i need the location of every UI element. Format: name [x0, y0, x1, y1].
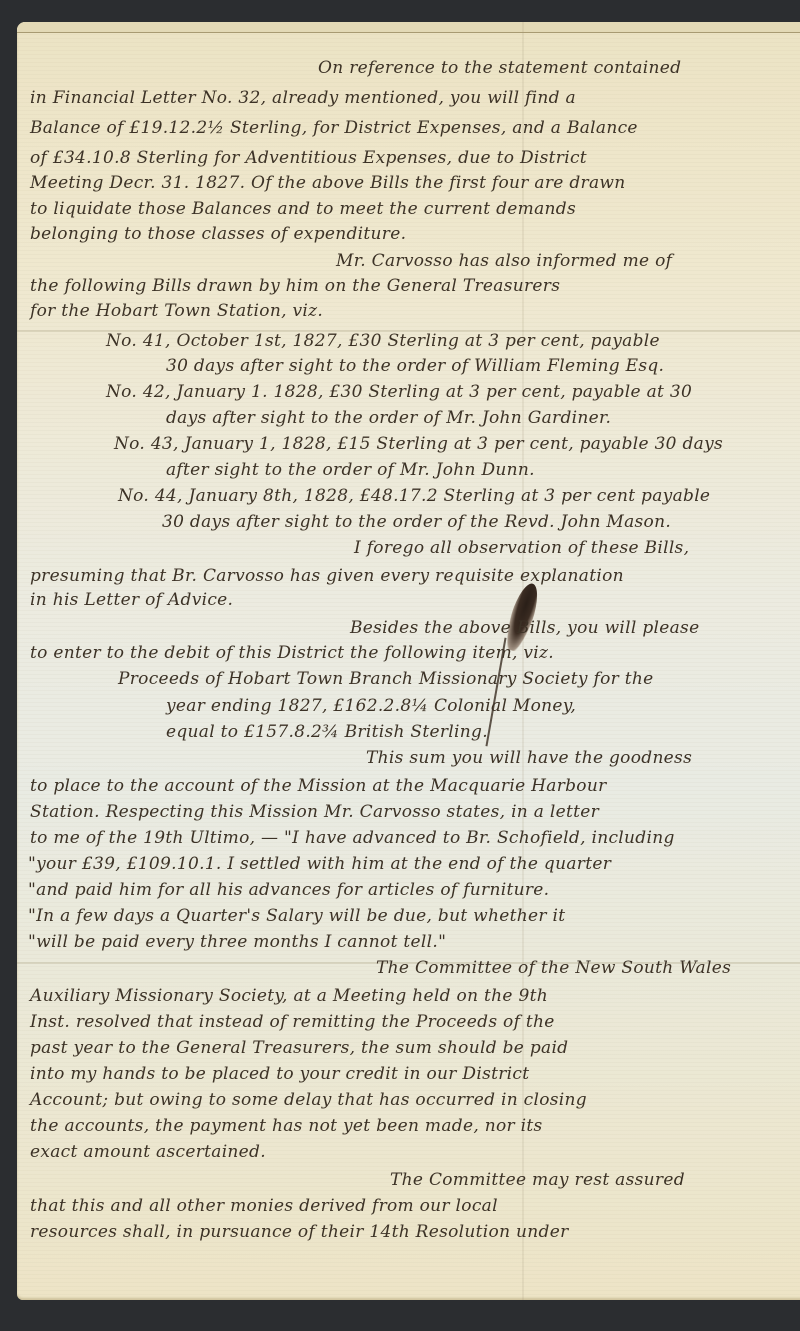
- text-line: the accounts, the payment has not yet be…: [30, 1116, 543, 1136]
- text-line: to place to the account of the Mission a…: [30, 776, 607, 796]
- text-line: into my hands to be placed to your credi…: [30, 1064, 529, 1084]
- text-line: "your £39, £109.10.1. I settled with him…: [28, 854, 611, 874]
- text-line: belonging to those classes of expenditur…: [30, 224, 406, 244]
- text-line: presuming that Br. Carvosso has given ev…: [30, 566, 624, 586]
- text-line: The Committee may rest assured: [390, 1170, 685, 1190]
- text-line: to me of the 19th Ultimo, — "I have adva…: [30, 828, 675, 848]
- text-line: 30 days after sight to the order of the …: [162, 512, 671, 532]
- text-line: after sight to the order of Mr. John Dun…: [166, 460, 535, 480]
- text-line: "and paid him for all his advances for a…: [28, 880, 549, 900]
- text-line: Mr. Carvosso has also informed me of: [336, 251, 672, 271]
- text-line: equal to £157.8.2¾ British Sterling.: [166, 722, 488, 742]
- text-line: to enter to the debit of this District t…: [30, 643, 554, 663]
- text-line: for the Hobart Town Station, viz.: [30, 301, 323, 321]
- text-line: "In a few days a Quarter's Salary will b…: [28, 906, 565, 926]
- text-line: No. 41, October 1st, 1827, £30 Sterling …: [106, 331, 660, 351]
- text-line: resources shall, in pursuance of their 1…: [30, 1222, 569, 1242]
- text-line: the following Bills drawn by him on the …: [30, 276, 560, 296]
- text-line: to liquidate those Balances and to meet …: [30, 199, 576, 219]
- text-line: in Financial Letter No. 32, already ment…: [30, 88, 576, 108]
- text-line: Auxiliary Missionary Society, at a Meeti…: [30, 986, 548, 1006]
- text-line: "will be paid every three months I canno…: [28, 932, 446, 952]
- text-line: that this and all other monies derived f…: [30, 1196, 498, 1216]
- text-line: Besides the above Bills, you will please: [350, 618, 699, 638]
- text-line: Meeting Decr. 31. 1827. Of the above Bil…: [30, 173, 626, 193]
- text-line: past year to the General Treasurers, the…: [30, 1038, 568, 1058]
- text-line: No. 42, January 1. 1828, £30 Sterling at…: [106, 382, 692, 402]
- text-line: 30 days after sight to the order of Will…: [166, 356, 664, 376]
- text-line: I forego all observation of these Bills,: [354, 538, 689, 558]
- text-line: Account; but owing to some delay that ha…: [30, 1090, 587, 1110]
- text-line: This sum you will have the goodness: [366, 748, 692, 768]
- text-line: in his Letter of Advice.: [30, 590, 233, 610]
- text-line: No. 44, January 8th, 1828, £48.17.2 Ster…: [118, 486, 710, 506]
- text-line: No. 43, January 1, 1828, £15 Sterling at…: [114, 434, 723, 454]
- text-line: exact amount ascertained.: [30, 1142, 266, 1162]
- text-line: Inst. resolved that instead of remitting…: [30, 1012, 555, 1032]
- text-line: On reference to the statement contained: [318, 58, 681, 78]
- text-line: Proceeds of Hobart Town Branch Missionar…: [118, 669, 653, 689]
- text-line: of £34.10.8 Sterling for Adventitious Ex…: [30, 148, 587, 168]
- text-line: The Committee of the New South Wales: [376, 958, 731, 978]
- text-line: year ending 1827, £162.2.8¼ Colonial Mon…: [166, 696, 576, 716]
- text-line: Station. Respecting this Mission Mr. Car…: [30, 802, 599, 822]
- text-line: Balance of £19.12.2½ Sterling, for Distr…: [30, 118, 638, 138]
- page-top-edge: [17, 22, 800, 33]
- text-line: days after sight to the order of Mr. Joh…: [166, 408, 611, 428]
